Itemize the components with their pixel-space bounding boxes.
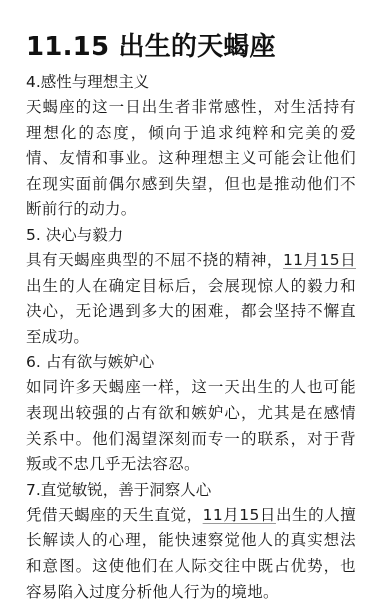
section-heading: 4.感性与理想主义 [26, 70, 356, 95]
section-5: 5. 决心与毅力 具有天蝎座典型的不屈不挠的精神，11月15日出生的人在确定目标… [26, 223, 356, 350]
section-body: 天蝎座的这一日出生者非常感性，对生活持有理想化的态度，倾向于追求纯粹和完美的爱情… [26, 95, 356, 223]
body-text: 出生的人在确定目标后，会展现惊人的毅力和决心，无论遇到多大的困难，都会坚持不懈直… [26, 277, 356, 346]
section-6: 6. 占有欲与嫉妒心 如同许多天蝎座一样，这一天出生的人也可能表现出较强的占有欲… [26, 350, 356, 477]
date-link[interactable]: 11月15日 [283, 251, 356, 269]
body-text: 具有天蝎座典型的不屈不挠的精神， [26, 251, 283, 269]
article: 11.15 出生的天蝎座 4.感性与理想主义 天蝎座的这一日出生者非常感性，对生… [0, 0, 376, 600]
section-7: 7.直觉敏锐，善于洞察人心 凭借天蝎座的天生直觉，11月15日出生的人擅长解读人… [26, 478, 356, 600]
section-heading: 5. 决心与毅力 [26, 223, 356, 248]
section-body: 凭借天蝎座的天生直觉，11月15日出生的人擅长解读人的心理，能快速察觉他人的真实… [26, 503, 356, 600]
section-body: 如同许多天蝎座一样，这一天出生的人也可能表现出较强的占有欲和嫉妒心，尤其是在感情… [26, 375, 356, 477]
date-link[interactable]: 11月15日 [203, 506, 276, 524]
section-body: 具有天蝎座典型的不屈不挠的精神，11月15日出生的人在确定目标后，会展现惊人的毅… [26, 248, 356, 350]
section-heading: 7.直觉敏锐，善于洞察人心 [26, 478, 356, 503]
section-4: 4.感性与理想主义 天蝎座的这一日出生者非常感性，对生活持有理想化的态度，倾向于… [26, 70, 356, 223]
body-text: 凭借天蝎座的天生直觉， [26, 506, 203, 524]
section-heading: 6. 占有欲与嫉妒心 [26, 350, 356, 375]
page-title: 11.15 出生的天蝎座 [26, 30, 356, 64]
